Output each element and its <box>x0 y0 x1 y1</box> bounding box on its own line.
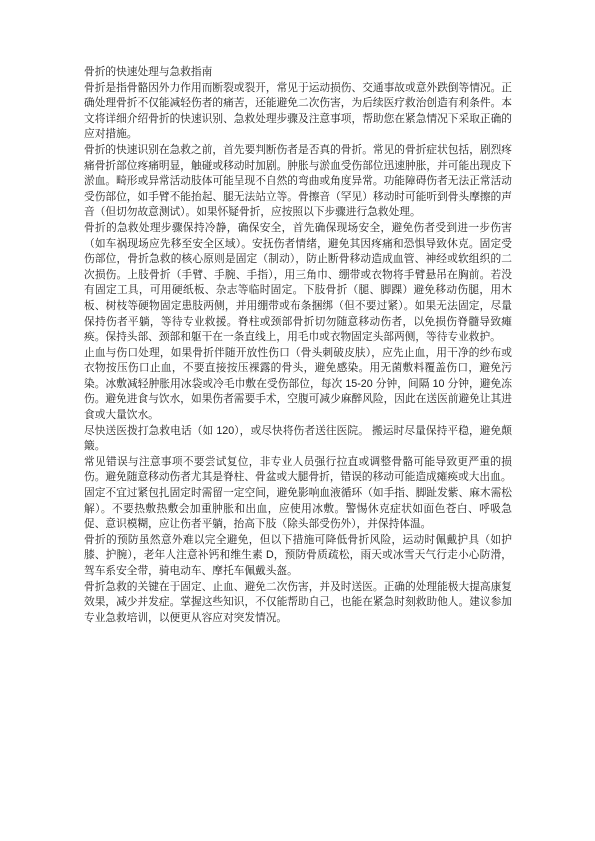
paragraph: 止血与伤口处理，如果骨折伴随开放性伤口（骨头刺破皮肤），应先止血，用干净的纱布或… <box>84 346 512 424</box>
paragraph: 骨折的急救处理步骤保持冷静，确保安全，首先确保现场安全，避免伤者受到进一步伤害（… <box>84 221 512 346</box>
paragraph: 尽快送医拨打急救电话（如 120），或尽快将伤者送往医院。 搬运时尽量保持平稳，… <box>84 424 512 455</box>
document-body: 骨折是指骨骼因外力作用而断裂或裂开，常见于运动损伤、交通事故或意外跌倒等情况。正… <box>84 81 512 627</box>
paragraph: 常见错误与注意事项不要尝试复位，非专业人员强行拉直或调整骨骼可能导致更严重的损伤… <box>84 455 512 486</box>
document-title: 骨折的快速处理与急救指南 <box>84 65 512 81</box>
paragraph: 骨折急救的关键在于固定、止血、避免二次伤害，并及时送医。正确的处理能极大提高康复… <box>84 580 512 627</box>
document-page: 骨折的快速处理与急救指南 骨折是指骨骼因外力作用而断裂或裂开，常见于运动损伤、交… <box>84 65 512 626</box>
paragraph: 骨折的快速识别在急救之前，首先要判断伤者是否真的骨折。常见的骨折症状包括，剧烈疼… <box>84 143 512 221</box>
paragraph: 骨折的预防虽然意外难以完全避免，但以下措施可降低骨折风险，运动时佩戴护具（如护膝… <box>84 533 512 580</box>
paragraph: 骨折是指骨骼因外力作用而断裂或裂开，常见于运动损伤、交通事故或意外跌倒等情况。正… <box>84 81 512 143</box>
paragraph: 固定不宜过紧包扎固定时需留一定空间，避免影响血液循环（如手指、脚趾发紫、麻木需松… <box>84 486 512 533</box>
